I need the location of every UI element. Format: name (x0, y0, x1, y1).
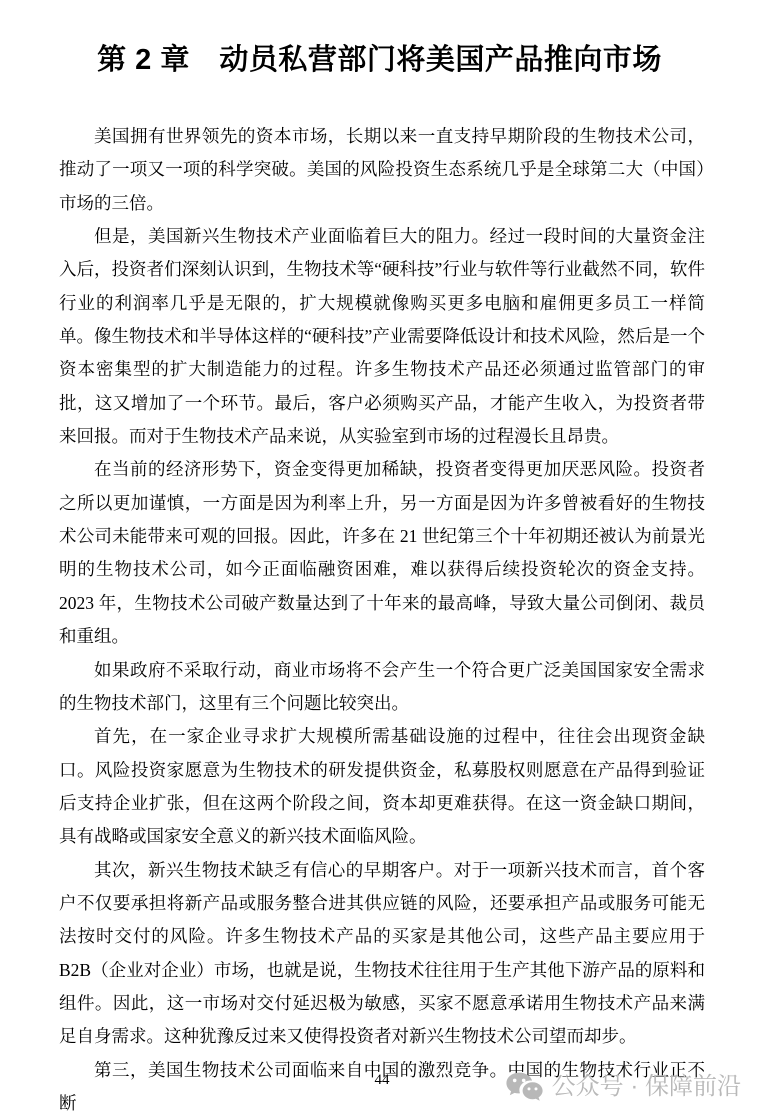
watermark-text: 公众号 · 保障前沿 (552, 1070, 741, 1104)
wechat-icon (506, 1072, 543, 1103)
paragraph-2: 但是，美国新兴生物技术产业面临着巨大的阻力。经过一段时间的大量资金注入后，投资者… (59, 220, 705, 453)
paragraph-5: 首先，在一家企业寻求扩大规模所需基础设施的过程中，往往会出现资金缺口。风险投资家… (59, 720, 705, 853)
page-number: 44 (375, 1072, 390, 1088)
paragraph-1: 美国拥有世界领先的资本市场，长期以来一直支持早期阶段的生物技术公司，推动了一项又… (59, 120, 705, 220)
paragraph-6: 其次，新兴生物技术缺乏有信心的早期客户。对于一项新兴技术而言，首个客户不仅要承担… (59, 854, 705, 1054)
watermark: 公众号 · 保障前沿 (506, 1070, 741, 1104)
paragraph-4: 如果政府不采取行动，商业市场将不会产生一个符合更广泛美国国家安全需求的生物技术部… (59, 654, 705, 721)
paragraph-3: 在当前的经济形势下，资金变得更加稀缺，投资者变得更加厌恶风险。投资者之所以更加谨… (59, 453, 705, 653)
document-page: 第 2 章 动员私营部门将美国产品推向市场 美国拥有世界领先的资本市场，长期以来… (0, 0, 759, 1116)
chapter-title: 第 2 章 动员私营部门将美国产品推向市场 (0, 42, 759, 78)
document-body: 美国拥有世界领先的资本市场，长期以来一直支持早期阶段的生物技术公司，推动了一项又… (59, 120, 705, 1116)
